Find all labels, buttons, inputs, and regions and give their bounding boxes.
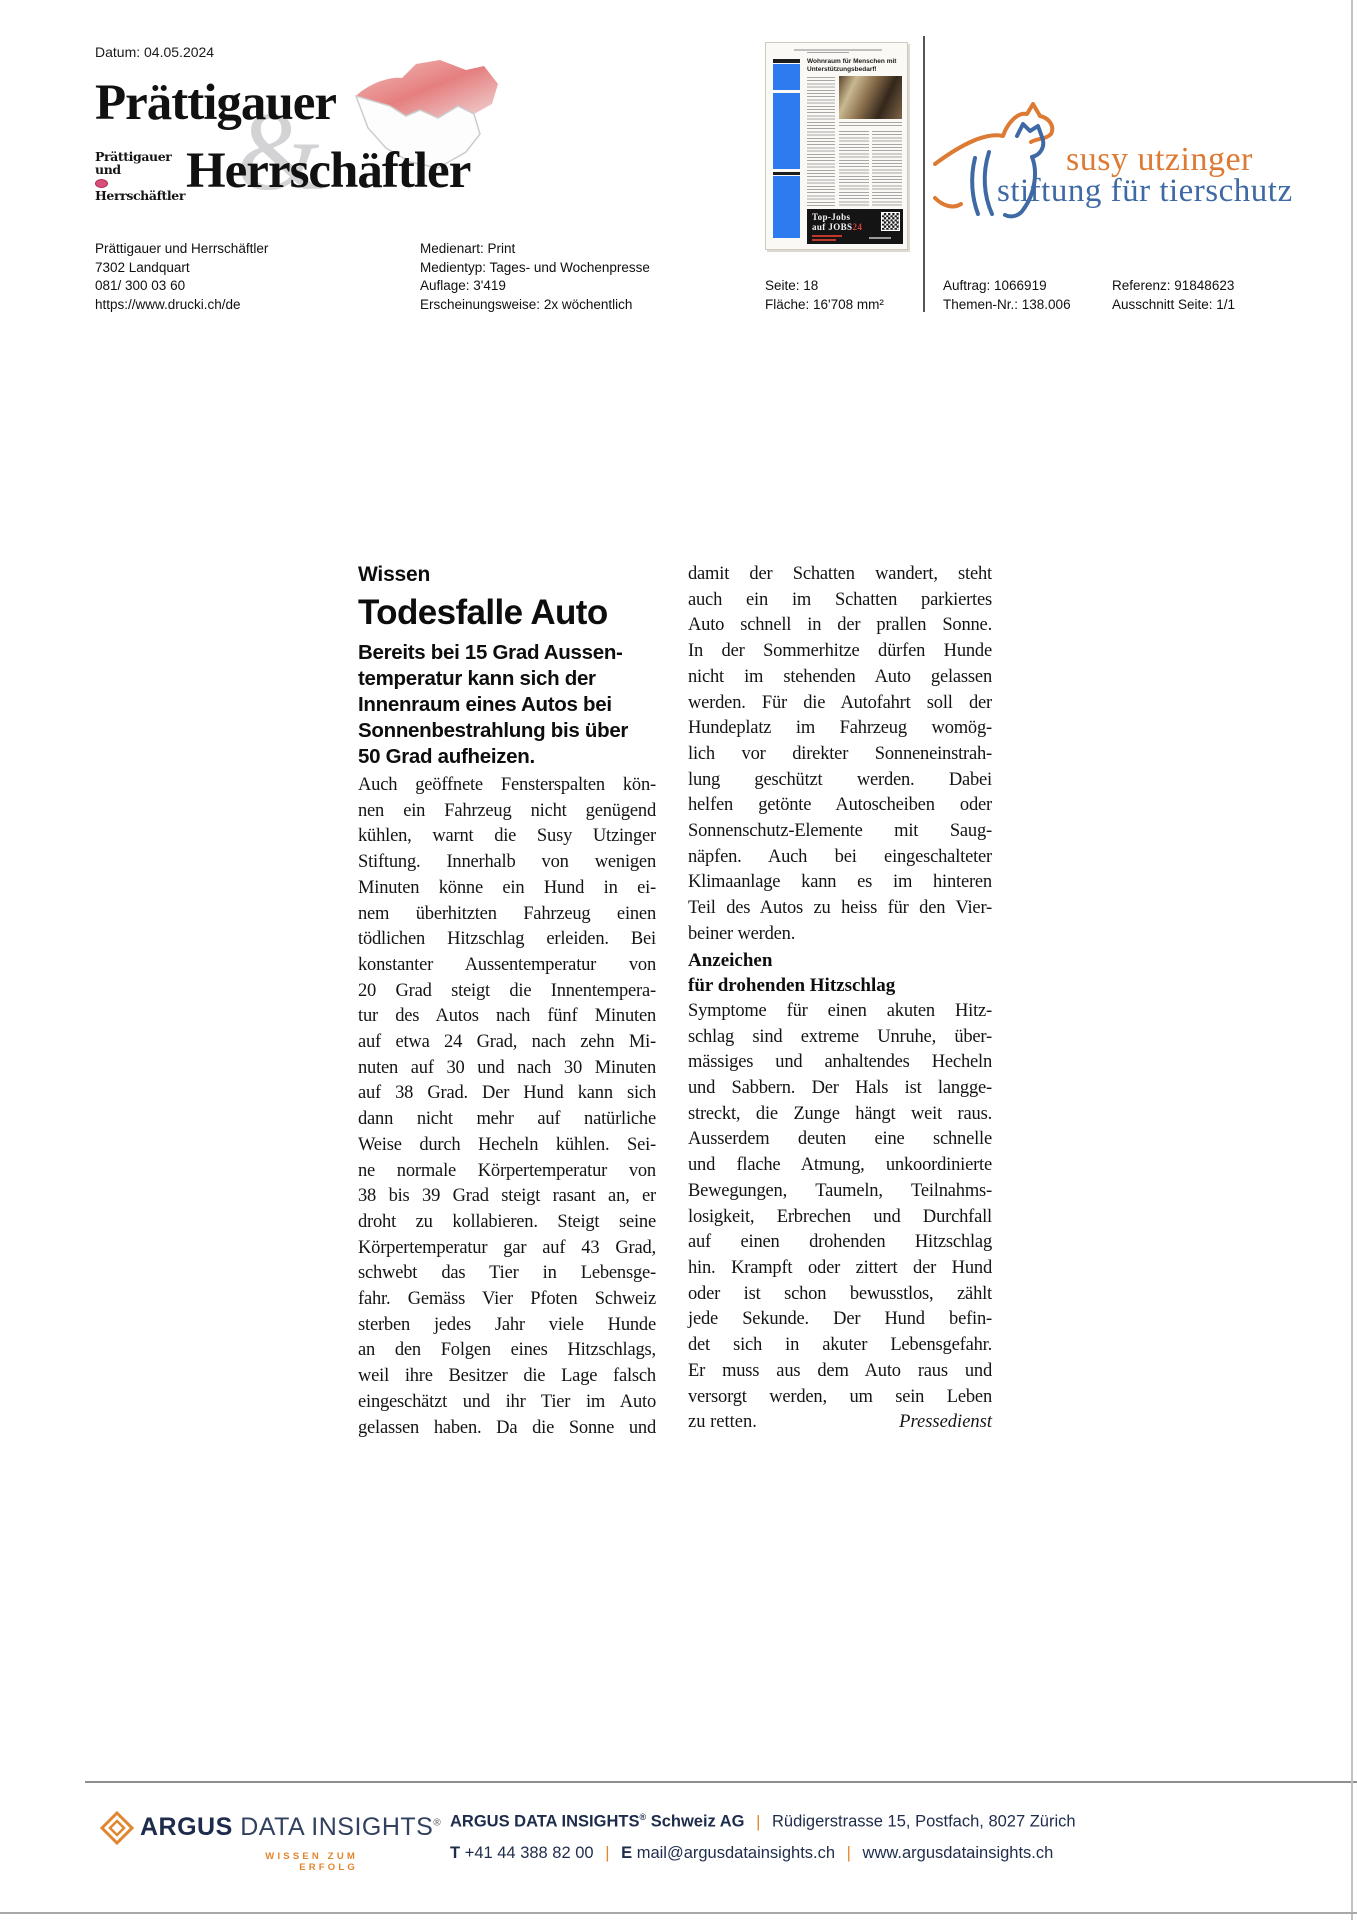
article-subhead-line2: für drohenden Hitzschlag (688, 973, 992, 999)
article-body-line: nuten auf 30 und nach 30 Minuten (358, 1056, 656, 1082)
article-body-line: versorgt werden, um sein Leben (688, 1385, 992, 1411)
argus-tagline: WISSEN ZUM ERFOLG (213, 1851, 358, 1873)
masthead-badge: Prättigauer und Herrschäftler (95, 150, 187, 202)
publication-info: Prättigauer und Herrschäftler 7302 Landq… (95, 240, 268, 314)
article-lead: Bereits bei 15 Grad Aussen-temperatur ka… (358, 640, 656, 770)
argus-wordmark-bold: ARGUS (140, 1813, 233, 1841)
article-body-line: Stiftung. Innerhalb von wenigen (358, 850, 656, 876)
thumb-headline: Wohnraum für Menschen mit Unterstützungs… (807, 58, 904, 74)
thumb-ad-text-sim (869, 237, 891, 239)
article-headline: Todesfalle Auto (358, 591, 656, 635)
masthead-title-line1: Prättigauer (95, 74, 336, 132)
publication-phone: 081/ 300 03 60 (95, 277, 268, 296)
publication-website-link[interactable]: https://www.drucki.ch/de (95, 296, 268, 315)
article-body-line: jede Sekunde. Der Hund befin- (688, 1307, 992, 1333)
press-clipping-page: Datum: 04.05.2024 & Prättigauer Herrschä… (0, 0, 1357, 1920)
medienart-label: Medienart: Print (420, 240, 650, 259)
badge-oval-icon (95, 179, 108, 188)
article-body-line: fahr. Gemäss Vier Pfoten Schweiz (358, 1287, 656, 1313)
footer-separator: | (749, 1813, 767, 1831)
article-body-line: auch ein im Schatten parkiertes (688, 588, 992, 614)
footer-contact-line: T +41 44 388 82 00 | E mail@argusdatains… (450, 1844, 1053, 1863)
article-body-line: mässiges und anhaltendes Hecheln (688, 1050, 992, 1076)
article-body-left: Auch geöffnete Fensterspalten kön-nen ei… (358, 773, 656, 1441)
article-body-line: Teil des Autos zu heiss für den Vier- (688, 896, 992, 922)
publication-city: 7302 Landquart (95, 259, 268, 278)
page-edge-line (1351, 0, 1353, 1920)
thumb-ad-text-sim (812, 239, 836, 241)
article-body-line: konstanter Aussentemperatur von (358, 953, 656, 979)
article-body-line: Symptome für einen akuten Hitz- (688, 999, 992, 1025)
article-body-line: ne normale Körpertemperatur von (358, 1159, 656, 1185)
article-body-line: gelassen haben. Da die Sonne und (358, 1416, 656, 1442)
thumb-highlight-block (773, 93, 800, 169)
article-lead-line: Bereits bei 15 Grad Aussen- (358, 640, 656, 666)
flaeche-label: Fläche: 16'708 mm² (765, 296, 884, 315)
publication-name: Prättigauer und Herrschäftler (95, 240, 268, 259)
argus-reg-mark: ® (433, 1818, 441, 1829)
article-body-line: Bewegungen, Taumeln, Teilnahms- (688, 1179, 992, 1205)
article-body-right-para2: Symptome für einen akuten Hitz-schlag si… (688, 999, 992, 1410)
article-lead-line: temperatur kann sich der (358, 666, 656, 692)
thumb-header-rule (794, 49, 882, 51)
auflage-label: Auflage: 3'419 (420, 277, 650, 296)
article-body-line: Er muss aus dem Auto raus und (688, 1359, 992, 1385)
page-edge-line (0, 1912, 1357, 1914)
footer-website-link[interactable]: www.argusdatainsights.ch (863, 1844, 1054, 1862)
masthead-title-line2: Herrschäftler (186, 142, 470, 200)
date-label: Datum: 04.05.2024 (95, 44, 214, 60)
page-info: Seite: 18 Fläche: 16'708 mm² (765, 277, 884, 314)
article-body-line: auf 38 Grad. Der Hund kann sich (358, 1081, 656, 1107)
article-kicker: Wissen (358, 562, 656, 588)
footer-phone-label: T (450, 1844, 460, 1862)
article-body-line: nem überhitzten Fahrzeug einen (358, 902, 656, 928)
themen-nr-label: Themen-Nr.: 138.006 (943, 296, 1071, 315)
article-body-line: tur des Autos nach fünf Minuten (358, 1004, 656, 1030)
article-body-line: oder ist schon bewusstlos, zählt (688, 1282, 992, 1308)
referenz-label: Referenz: 91848623 (1112, 277, 1235, 296)
article-body-line: schlag sind extreme Unruhe, über- (688, 1025, 992, 1051)
article-body-line: kühlen, warnt die Susy Utzinger (358, 824, 656, 850)
article-body-line: Auch geöffnete Fensterspalten kön- (358, 773, 656, 799)
erscheinungsweise-label: Erscheinungsweise: 2x wöchentlich (420, 296, 650, 315)
article-body-line: werden. Für die Autofahrt soll der (688, 691, 992, 717)
article-body-line: tödlichen Hitzschlag erleiden. Bei (358, 927, 656, 953)
footer-address: Rüdigerstrasse 15, Postfach, 8027 Zürich (772, 1813, 1076, 1831)
article-body-line: Hundeplatz im Fahrzeug womög- (688, 716, 992, 742)
article-body-line: Minuten könne ein Hund in ei- (358, 876, 656, 902)
article-body-line: Weise durch Hecheln kühlen. Sei- (358, 1133, 656, 1159)
article-body-line: an den Folgen eines Hitzschlags, (358, 1338, 656, 1364)
media-info: Medienart: Print Medientyp: Tages- und W… (420, 240, 650, 314)
metadata-divider (923, 36, 925, 312)
article-body-line: sterben jedes Jahr viele Hunde (358, 1313, 656, 1339)
footer-company-suffix: Schweiz AG (651, 1813, 745, 1831)
thumb-photo (839, 76, 902, 119)
footer-email-link[interactable]: mail@argusdatainsights.ch (637, 1844, 835, 1862)
footer-divider (85, 1781, 1357, 1783)
seite-label: Seite: 18 (765, 277, 884, 296)
thumb-byline-sim (807, 52, 849, 55)
thumb-ad: Top-Jobs auf JOBS24 (807, 209, 903, 244)
article-subhead-line1: Anzeichen (688, 948, 992, 974)
article-body-line: Auto schnell in der prallen Sonne. (688, 613, 992, 639)
article-byline: Pressedienst (899, 1410, 992, 1436)
qr-code-icon (881, 212, 900, 231)
article-body-line: lung geschützt werden. Dabei (688, 768, 992, 794)
article-body-line: Ausserdem deuten eine schnelle (688, 1127, 992, 1153)
article-body-line: auf einen drohenden Hitzschlag (688, 1230, 992, 1256)
article-body-line: lich vor direkter Sonneneinstrah- (688, 742, 992, 768)
thumb-text-sim (807, 77, 835, 207)
thumb-caption-bar (773, 59, 800, 63)
article-body-line: streckt, die Zunge hängt weit raus. (688, 1102, 992, 1128)
article-body-line: näpfen. Auch bei eingeschalteter (688, 845, 992, 871)
article-column-left: Wissen Todesfalle Auto Bereits bei 15 Gr… (358, 562, 656, 1441)
article-body-line: droht zu kollabieren. Steigt seine (358, 1210, 656, 1236)
article-lead-line: 50 Grad aufheizen. (358, 744, 656, 770)
article-body-line: Körpertemperatur gar auf 43 Grad, (358, 1236, 656, 1262)
article-body-line: Klimaanlage kann es im hinteren (688, 870, 992, 896)
suz-tagline: stiftung für tierschutz (997, 173, 1293, 210)
footer-separator: | (840, 1844, 858, 1862)
thumb-photo-caption-sim (839, 122, 902, 126)
article-body-line: schwebt das Tier in Lebensge- (358, 1261, 656, 1287)
footer-phone: +41 44 388 82 00 (465, 1844, 594, 1862)
masthead-badge-line2: Herrschäftler (95, 176, 187, 202)
footer-company: ARGUS DATA INSIGHTS (450, 1813, 639, 1831)
ausschnitt-seite-label: Ausschnitt Seite: 1/1 (1112, 296, 1235, 315)
article-column-right: damit der Schatten wandert, stehtauch ei… (688, 562, 992, 1436)
article-body-line: 20 Grad steigt die Innentempera- (358, 979, 656, 1005)
thumb-ad-text-sim (812, 235, 842, 237)
thumb-ad-line1: Top-Jobs (812, 212, 850, 222)
article-lead-line: Sonnenbestrahlung bis über (358, 718, 656, 744)
article-body-line: hin. Krampft oder zittert der Hund (688, 1256, 992, 1282)
thumb-ad-line2: auf JOBS24 (812, 222, 862, 232)
article-closing-text: zu retten. (688, 1410, 757, 1436)
article-body-line: helfen getönte Autoscheiben oder (688, 793, 992, 819)
footer-company-line: ARGUS DATA INSIGHTS® Schweiz AG | Rüdige… (450, 1812, 1076, 1832)
footer-separator: | (598, 1844, 616, 1862)
article-body-line: und Sabbern. Der Hals ist langge- (688, 1076, 992, 1102)
article-body-right-para1: damit der Schatten wandert, stehtauch ei… (688, 562, 992, 922)
article-body-line: det sich in akuter Lebensgefahr. (688, 1333, 992, 1359)
article-body-line: weil ihre Besitzer die Lage falsch (358, 1364, 656, 1390)
article-body-line: In der Sommerhitze dürfen Hunde (688, 639, 992, 665)
medientyp-label: Medientyp: Tages- und Wochenpresse (420, 259, 650, 278)
article-body-line: 38 bis 39 Grad steigt rasant an, er (358, 1184, 656, 1210)
article-body-line: beiner werden. (688, 922, 992, 948)
argus-wordmark-light: DATA INSIGHTS (240, 1813, 433, 1841)
thumb-text-sim (872, 131, 902, 207)
article-body-line: eingeschätzt und ihr Tier im Auto (358, 1390, 656, 1416)
footer-email-label: E (621, 1844, 632, 1862)
article-body-line: dann nicht mehr auf natürliche (358, 1107, 656, 1133)
article-body-line: nicht im stehenden Auto gelassen (688, 665, 992, 691)
thumb-text-sim (839, 131, 869, 207)
auftrag-label: Auftrag: 1066919 (943, 277, 1071, 296)
thumb-caption-bar (773, 172, 800, 175)
article-body-line: auf etwa 24 Grad, nach zehn Mi- (358, 1030, 656, 1056)
article-closing-line: zu retten. Pressedienst (688, 1410, 992, 1436)
article-body-line: losigkeit, Erbrechen und Durchfall (688, 1205, 992, 1231)
article-body-line: damit der Schatten wandert, steht (688, 562, 992, 588)
argus-logo-icon (100, 1811, 134, 1845)
thumb-highlight-block (773, 176, 800, 238)
article-body-line: und flache Atmung, unkoordinierte (688, 1153, 992, 1179)
reference-info: Referenz: 91848623 Ausschnitt Seite: 1/1 (1112, 277, 1235, 314)
article-lead-line: Innenraum eines Autos bei (358, 692, 656, 718)
newspaper-thumbnail: Wohnraum für Menschen mit Unterstützungs… (765, 42, 908, 250)
footer-company-reg: ® (639, 1812, 646, 1822)
argus-wordmark: ARGUS DATA INSIGHTS® (140, 1813, 441, 1842)
article-body-line: nen ein Fahrzeug nicht genügend (358, 799, 656, 825)
masthead-badge-line1: Prättigauer und (95, 150, 187, 176)
thumb-highlight-block (773, 64, 800, 90)
order-info: Auftrag: 1066919 Themen-Nr.: 138.006 (943, 277, 1071, 314)
article-body-line: Sonnenschutz-Elemente mit Saug- (688, 819, 992, 845)
